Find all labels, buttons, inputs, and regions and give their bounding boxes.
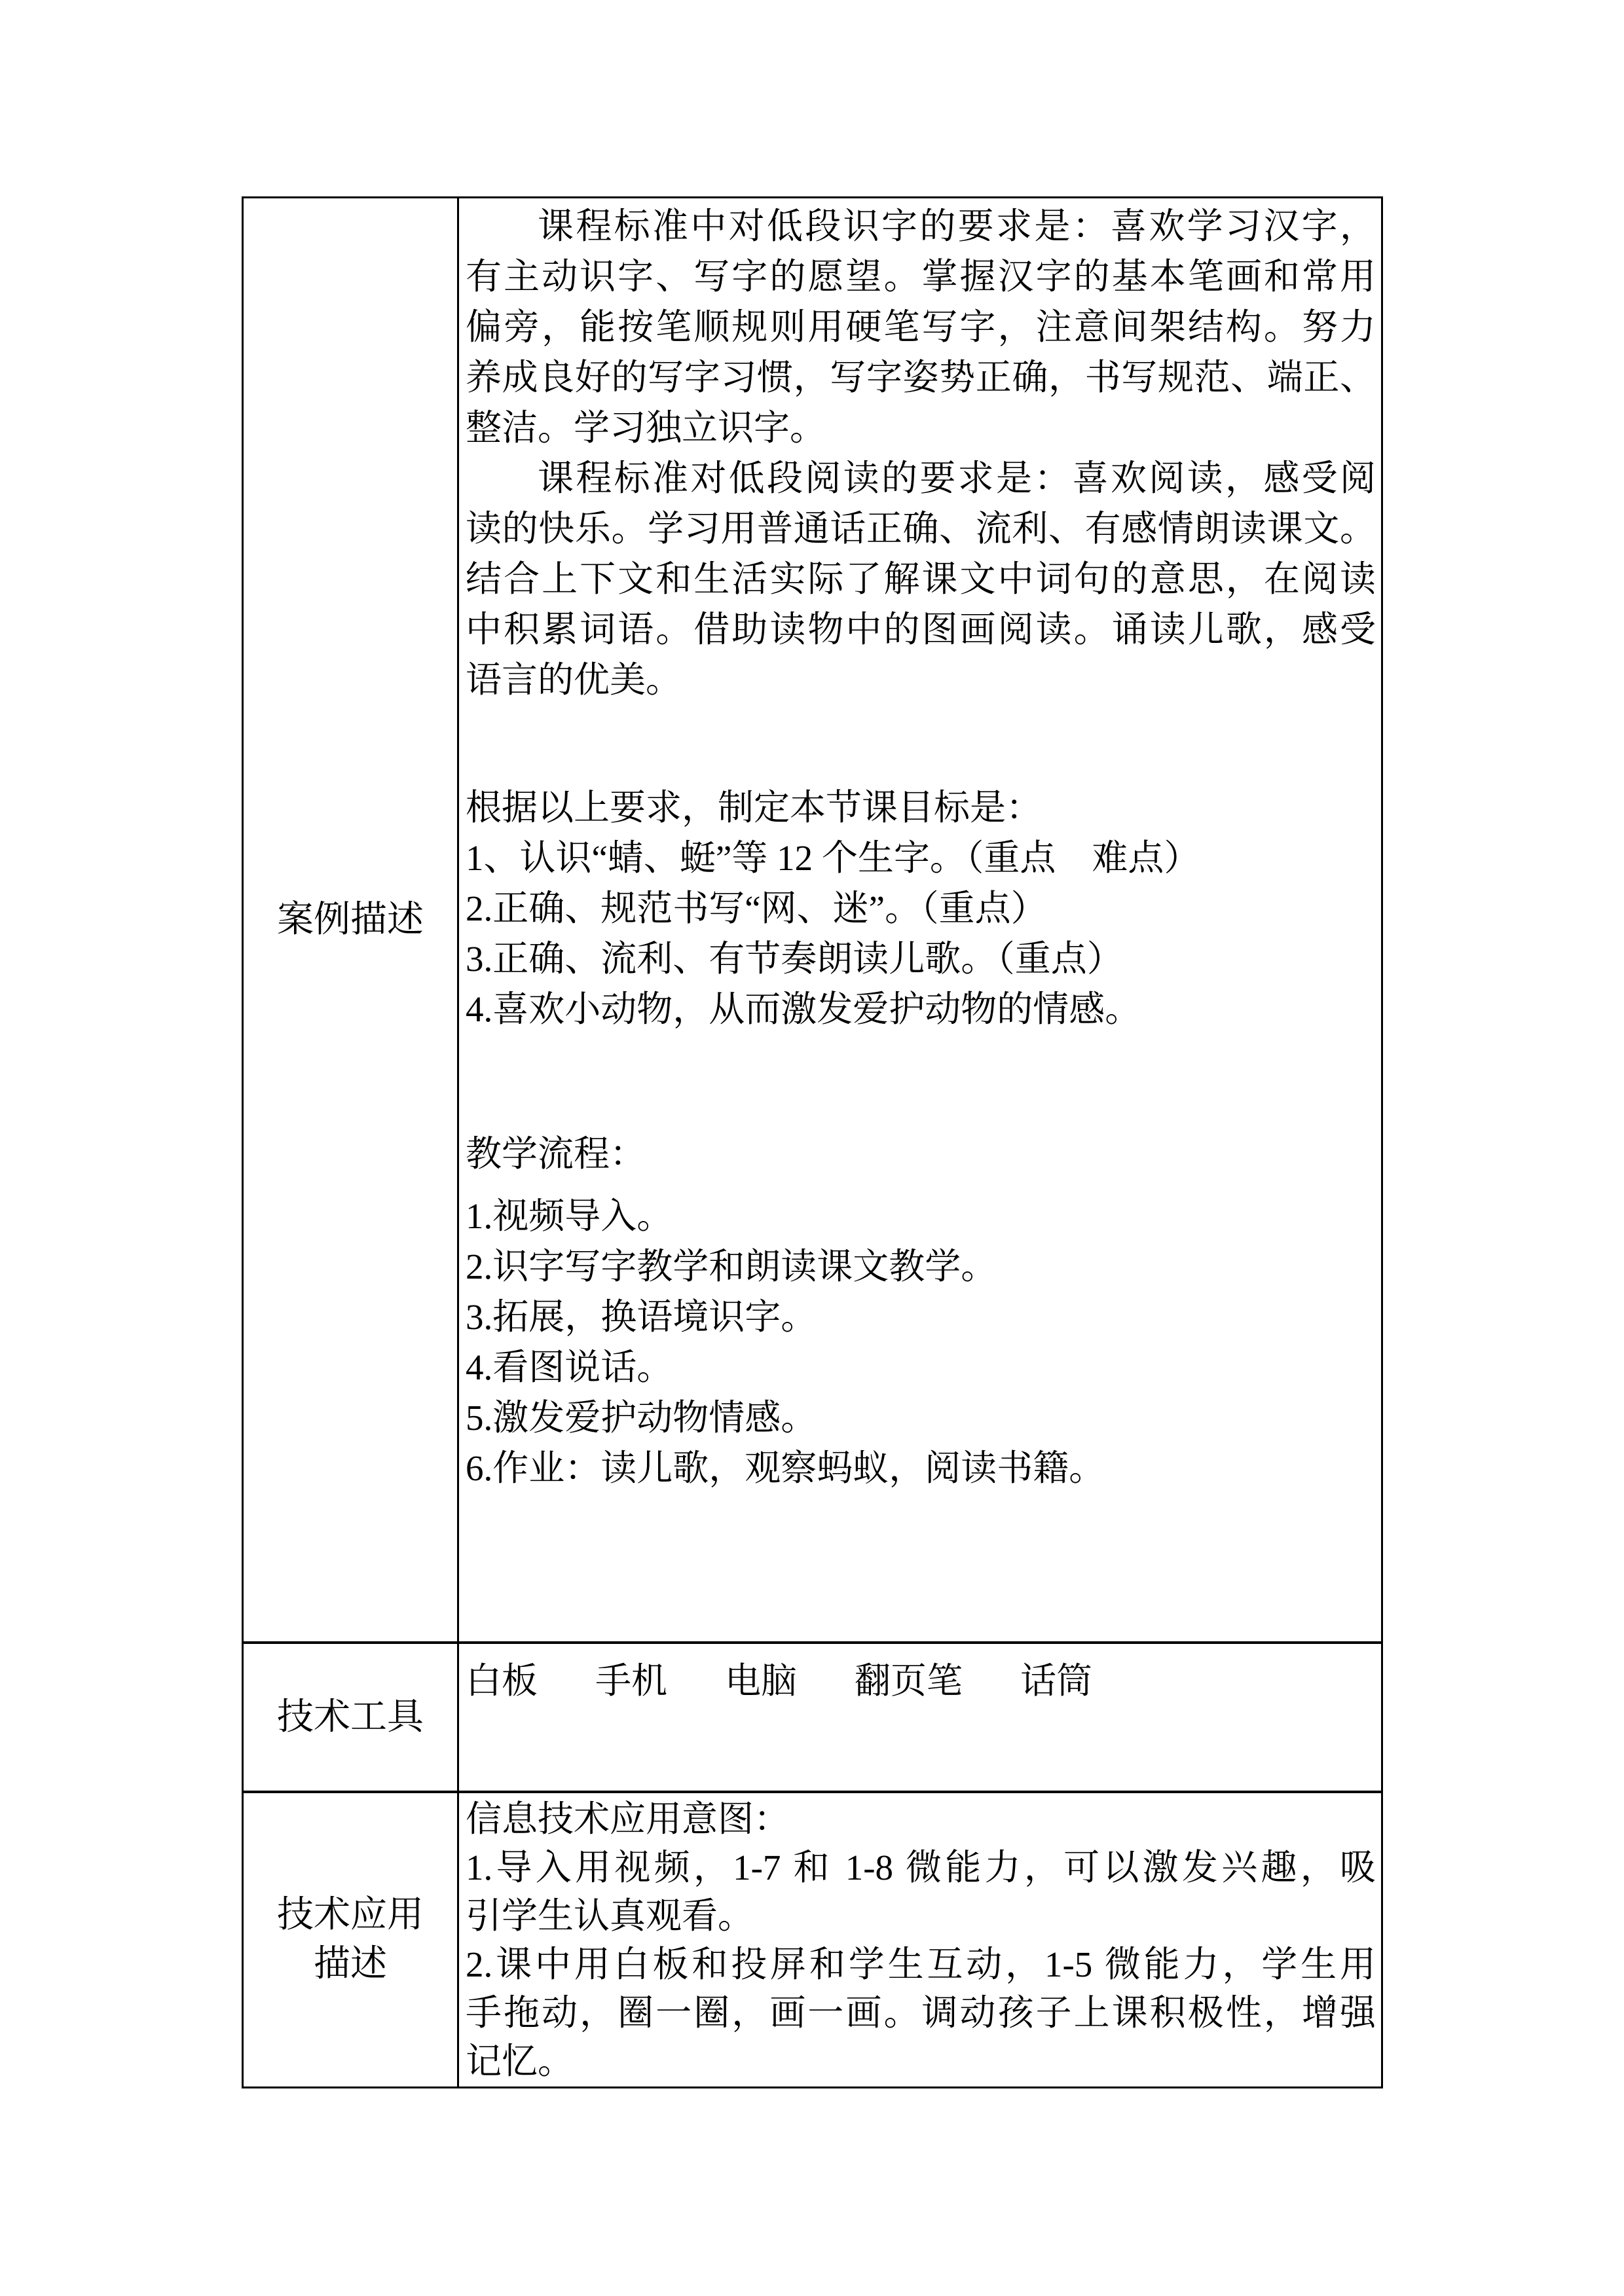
tech-application-line: 2.课中用白板和投屏和学生互动，1-5 微能力，学生用 bbox=[466, 1941, 1376, 1989]
reading-paragraph-line: 中积累词语。借助读物中的图画阅读。诵读儿歌，感受 bbox=[466, 604, 1376, 655]
lesson-plan-table: 案例描述 课程标准中对低段识字的要求是：喜欢学习汉字， 有主动识字、写字的愿望。… bbox=[242, 196, 1383, 2088]
row-label-text-line1: 技术应用 bbox=[277, 1891, 424, 1940]
row-label-text-line2: 描述 bbox=[314, 1940, 387, 1989]
standards-paragraph-line: 整洁。学习独立识字。 bbox=[466, 403, 1376, 453]
tech-tools-content: 白板 手机 电脑 翻页笔 话筒 bbox=[459, 1644, 1381, 1791]
goal-item: 2.正确、规范书写“网、迷”。（重点） bbox=[466, 883, 1376, 934]
flow-step: 3.拓展，换语境识字。 bbox=[466, 1292, 1376, 1342]
row-label-text: 案例描述 bbox=[277, 896, 424, 945]
tool-item: 话筒 bbox=[1020, 1656, 1092, 1706]
reading-paragraph-line: 语言的优美。 bbox=[466, 655, 1376, 705]
goal-item: 1、认识“蜻、蜓”等 12 个生字。（重点 难点） bbox=[466, 833, 1376, 883]
tools-list: 白板 手机 电脑 翻页笔 话筒 bbox=[466, 1647, 1376, 1706]
row-label-text: 技术工具 bbox=[277, 1693, 424, 1742]
standards-paragraph-line: 养成良好的写字习惯，写字姿势正确，书写规范、端正、 bbox=[466, 352, 1376, 403]
tech-application-line: 1.导入用视频，1-7 和 1-8 微能力，可以激发兴趣，吸 bbox=[466, 1844, 1376, 1892]
tool-item: 手机 bbox=[595, 1656, 667, 1706]
tool-item: 电脑 bbox=[725, 1656, 797, 1706]
standards-paragraph-line: 偏旁，能按笔顺规则用硬笔写字，注意间架结构。努力 bbox=[466, 302, 1376, 352]
flow-step: 2.识字写字教学和朗读课文教学。 bbox=[466, 1241, 1376, 1292]
reading-paragraph-line: 结合上下文和生活实际了解课文中词句的意思，在阅读 bbox=[466, 554, 1376, 604]
tech-application-line: 引学生认真观看。 bbox=[466, 1892, 1376, 1941]
tech-application-line: 信息技术应用意图： bbox=[466, 1795, 1376, 1844]
goal-item: 4.喜欢小动物，从而激发爱护动物的情感。 bbox=[466, 984, 1376, 1034]
row-label-tech-application: 技术应用 描述 bbox=[244, 1793, 459, 2086]
standards-paragraph-line: 课程标准中对低段识字的要求是：喜欢学习汉字， bbox=[466, 201, 1376, 251]
row-label-case-description: 案例描述 bbox=[244, 198, 459, 1641]
flow-step: 5.激发爱护动物情感。 bbox=[466, 1393, 1376, 1443]
row-label-tech-tools: 技术工具 bbox=[244, 1644, 459, 1791]
teaching-flow-title: 教学流程： bbox=[466, 1129, 1376, 1179]
table-row-tech-tools: 技术工具 白板 手机 电脑 翻页笔 话筒 bbox=[244, 1641, 1381, 1791]
tool-item: 翻页笔 bbox=[855, 1656, 963, 1706]
standards-paragraph-line: 有主动识字、写字的愿望。掌握汉字的基本笔画和常用 bbox=[466, 251, 1376, 302]
tool-item: 白板 bbox=[466, 1656, 538, 1706]
flow-step: 6.作业：读儿歌，观察蚂蚁，阅读书籍。 bbox=[466, 1443, 1376, 1493]
tech-application-line: 记忆。 bbox=[466, 2037, 1376, 2086]
flow-step: 4.看图说话。 bbox=[466, 1342, 1376, 1393]
goals-intro: 根据以上要求，制定本节课目标是： bbox=[466, 782, 1376, 833]
flow-step: 1.视频导入。 bbox=[466, 1191, 1376, 1241]
table-row-tech-application: 技术应用 描述 信息技术应用意图： 1.导入用视频，1-7 和 1-8 微能力，… bbox=[244, 1791, 1381, 2086]
goal-item: 3.正确、流利、有节奏朗读儿歌。（重点） bbox=[466, 934, 1376, 984]
reading-paragraph-line: 读的快乐。学习用普通话正确、流利、有感情朗读课文。 bbox=[466, 503, 1376, 554]
reading-paragraph-line: 课程标准对低段阅读的要求是：喜欢阅读，感受阅 bbox=[466, 453, 1376, 503]
case-description-content: 课程标准中对低段识字的要求是：喜欢学习汉字， 有主动识字、写字的愿望。掌握汉字的… bbox=[459, 198, 1381, 1641]
tech-application-line: 手拖动，圈一圈，画一画。调动孩子上课积极性，增强 bbox=[466, 1989, 1376, 2037]
tech-application-content: 信息技术应用意图： 1.导入用视频，1-7 和 1-8 微能力，可以激发兴趣，吸… bbox=[459, 1793, 1381, 2086]
table-row-case-description: 案例描述 课程标准中对低段识字的要求是：喜欢学习汉字， 有主动识字、写字的愿望。… bbox=[244, 198, 1381, 1641]
